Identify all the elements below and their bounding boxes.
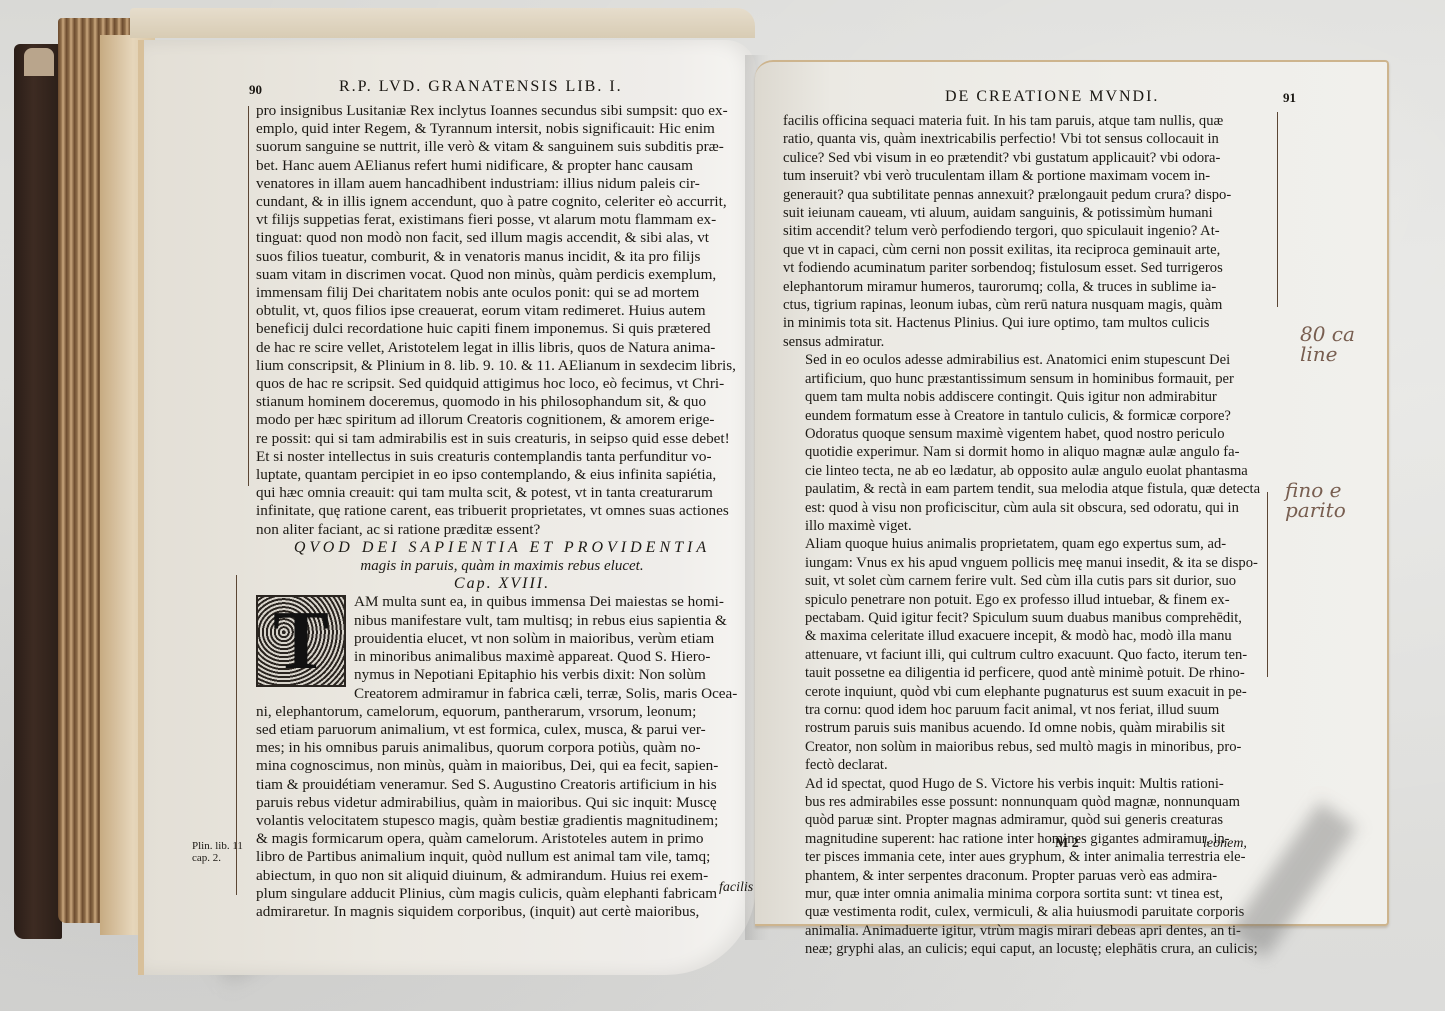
text-line: paulatim, & rectà in eam partem tendit, …	[783, 480, 1268, 498]
text-line: ctus, tigrium rapinas, leonum iubas, cùm…	[783, 296, 1268, 314]
text-line: in minimis tota sit. Hactenus Plinius. Q…	[783, 314, 1268, 332]
text-line: plum singulare adducit Plinius, cùm magi…	[256, 885, 748, 903]
text-line: artificium, quo hunc præstantissimum sen…	[783, 370, 1268, 388]
text-line: ratio, quanta vis, quàm inextricabilis p…	[783, 130, 1268, 148]
text-line: animalia. Animaduerte igitur, vtrùm magi…	[783, 922, 1268, 940]
left-page: 90 R.P. LVD. GRANATENSIS LIB. I. pro ins…	[138, 40, 756, 975]
signature-mark: M 2	[1055, 836, 1079, 852]
text-line: Sed in eo oculos adesse admirabilius est…	[783, 351, 1268, 369]
text-line: prouidentia elucet, vt non solùm in maio…	[354, 630, 748, 648]
margin-note: Plin. lib. 11 cap. 2.	[192, 840, 243, 864]
text-line: luptate, quantam percipiet in eo ipso co…	[256, 466, 748, 484]
text-line: cundant, & in illis ignem accendunt, quo…	[256, 193, 748, 211]
text-line: mur, quæ inter omnia animalia minima cor…	[783, 885, 1268, 903]
text-line: Creator, non solùm in maioribus rebus, s…	[783, 738, 1268, 756]
text-line: tinguat: quod non modò non facit, sed il…	[256, 229, 748, 247]
chapter-title: QVOD DEI SAPIENTIA ET PROVIDENTIA	[256, 539, 748, 557]
text-line: suorum sanguine se nuttrit, ille verò & …	[256, 138, 748, 156]
book-spine	[14, 44, 62, 939]
text-line: ni, elephantorum, camelorum, equorum, pa…	[256, 703, 748, 721]
text-line: venatores in illam auem hancadhibent ind…	[256, 175, 748, 193]
text-line: iungam: Vnus ex his apud vnguem pollicis…	[783, 554, 1268, 572]
paragraph: facilis officina sequaci materia fuit. I…	[783, 112, 1268, 351]
text-line: suit, vt solet cùm carnem ferire vult. S…	[783, 572, 1268, 590]
text-line: pectabam. Quid igitur fecit? Spiculum su…	[783, 609, 1268, 627]
spine-cap	[24, 48, 54, 76]
text-line: rostrum paruis suis manibus acuendo. Id …	[783, 719, 1268, 737]
text-line: suam vitam in discrimen vocat. Quod non …	[256, 266, 748, 284]
text-line: non aliter faciant, ac si ratione prædit…	[256, 521, 748, 539]
text-line: vt fodiendo acuminatum pariter sorbendoq…	[783, 259, 1268, 277]
text-line: culice? Sed vbi visum in eo prætendit? v…	[783, 149, 1268, 167]
text-line: emplo, quid inter Regem, & Tyrannum inte…	[256, 120, 748, 138]
text-line: eundem formatum esse à Creatore in tantu…	[783, 407, 1268, 425]
paragraph: Sed in eo oculos adesse admirabilius est…	[783, 351, 1268, 535]
text-line: bet. Hanc auem AElianus refert humi nidi…	[256, 157, 748, 175]
text-line: & magis formicarum opera, quàm camelorum…	[256, 830, 748, 848]
text-line: tauit possetne ea diligentia id perficer…	[783, 664, 1268, 682]
text-line: obtulit, vt, quos filios ipse creauerat,…	[256, 302, 748, 320]
text-line: tra cornu: quod idem hoc paruum facit an…	[783, 701, 1268, 719]
text-line: immensam filij Dei charitatem nobis ante…	[256, 284, 748, 302]
text-line: sitim accendit? telum verò perfodiendo t…	[783, 222, 1268, 240]
text-line: est: quod à visu non proficiscitur, cùm …	[783, 499, 1268, 517]
text-line: Aliam quoque huius animalis proprietatem…	[783, 535, 1268, 553]
page-edges-top	[130, 8, 755, 38]
page-number: 90	[249, 82, 262, 98]
text-line: libro de Partibus animalium inquit, quòd…	[256, 848, 748, 866]
text-line: Ad id spectat, quod Hugo de S. Victore h…	[783, 775, 1268, 793]
text-line: attenuare, vt faciunt illi, qui cultrum …	[783, 646, 1268, 664]
text-line: quem tam multa nobis addiscere contingit…	[783, 388, 1268, 406]
text-line: suit ieiunam caueam, vti aluum, auidam s…	[783, 204, 1268, 222]
text-line: quotidie experimur. Nam si dormit homo i…	[783, 443, 1268, 461]
text-line: Creatorem admiramur in fabrica cæli, ter…	[354, 685, 748, 703]
text-line: nibus manifestare vult, tam multisq; in …	[354, 612, 748, 630]
text-line: quæ vestimenta rodit, culex, vermiculi, …	[783, 903, 1268, 921]
text-line: pro insignibus Lusitaniæ Rex inclytus Io…	[256, 102, 748, 120]
text-line: ter pisces immania cete, inter aues gryp…	[783, 848, 1268, 866]
running-head: R.P. LVD. GRANATENSIS LIB. I.	[339, 78, 623, 96]
text-line: sed etiam paruorum animalium, vt est for…	[256, 721, 748, 739]
text-line: illo maximè viget.	[783, 517, 1268, 535]
text-line: nymus in Nepotiani Epitaphio his verbis …	[354, 666, 748, 684]
text-line: paruis rebus videtur admirabilius, quàm …	[256, 794, 748, 812]
catchword: leonem,	[1203, 836, 1247, 852]
margin-bracket	[1277, 112, 1278, 307]
text-line: tiam & prouidétiam veneramur. Sed S. Aug…	[256, 776, 748, 794]
margin-bracket	[248, 106, 249, 486]
text-line: vt filijs suppetias ferat, existimans fi…	[256, 211, 748, 229]
text-line: facilis officina sequaci materia fuit. I…	[783, 112, 1268, 130]
text-line: modo per hæc spiritum ad illorum Creator…	[256, 411, 748, 429]
page-number: 91	[1283, 90, 1296, 106]
text-line: que vt in capaci, cùm cerni non possit e…	[783, 241, 1268, 259]
text-line: AM multa sunt ea, in quibus immensa Dei …	[354, 593, 748, 611]
text-line: cerote inquiunt, quòd vbi cum elephante …	[783, 683, 1268, 701]
text-line: generauit? qua subtilitate pennas annexu…	[783, 186, 1268, 204]
text-line: qui hæc omnia creauit: qui tam multa sci…	[256, 484, 748, 502]
text-line: infinitate, quę ratione carent, eas trib…	[256, 502, 748, 520]
text-line: magnitudine superent: hac ratione inter …	[783, 830, 1268, 848]
chapter-subtitle: magis in paruis, quàm in maximis rebus e…	[256, 557, 748, 575]
text-line: stianum hominem doceremus, quomodo in hi…	[256, 393, 748, 411]
text-line: in minoribus animalibus maximè appareat.…	[354, 648, 748, 666]
text-line: suos filios tueatur, comburit, & in vena…	[256, 248, 748, 266]
running-head: DE CREATIONE MVNDI.	[945, 88, 1159, 106]
text-line: tum inseruit? vbi verò truculentam illam…	[783, 167, 1268, 185]
text-line: admiraretur. In magnis siquidem corporib…	[256, 903, 748, 921]
paragraph: Ad id spectat, quod Hugo de S. Victore h…	[783, 775, 1268, 959]
text-line: quòd paruæ sint. Propter magnas admiramu…	[783, 811, 1268, 829]
text-line: Et si noster intellectus in suis creatur…	[256, 448, 748, 466]
text-line: spiculo penetrare non potuit. Ego ex pro…	[783, 591, 1268, 609]
chapter-number: Cap. XVIII.	[256, 575, 748, 593]
text-line: quos de hac re scripsit. Sed quidquid at…	[256, 375, 748, 393]
text-line: mes; in his omnibus paruis animalibus, q…	[256, 739, 748, 757]
text-line: volantis velocitatem stupesco magis, quà…	[256, 812, 748, 830]
text-line: elephantorum miramur humeros, taurorumq;…	[783, 278, 1268, 296]
handwritten-note: 80 ca line	[1300, 324, 1370, 364]
text-line: & maxima celeritate illud exacuere incep…	[783, 627, 1268, 645]
text-line: neæ; gryphi alas, an culicis; equi caput…	[783, 940, 1268, 958]
text-line: beneficij dulci recordatione huic capiti…	[256, 320, 748, 338]
paragraph: pro insignibus Lusitaniæ Rex inclytus Io…	[256, 102, 748, 539]
text-line: lium conscripsit, & Plinium in 8. lib. 9…	[256, 357, 748, 375]
text-line: bus res admirabiles esse possunt: nonnun…	[783, 793, 1268, 811]
paragraph: Aliam quoque huius animalis proprietatem…	[783, 535, 1268, 774]
text-line: fectò declarat.	[783, 756, 1268, 774]
text-line: sensus admiratur.	[783, 333, 1268, 351]
text-line: abiectum, in quo non sit aliquid diuinum…	[256, 867, 748, 885]
text-line: de hac re scire vellet, Aristotelem lega…	[256, 339, 748, 357]
text-line: phantem, & inter serpentes draconum. Pro…	[783, 867, 1268, 885]
text-line: Odoratus quoque sensum maximè vigentem h…	[783, 425, 1268, 443]
right-page: DE CREATIONE MVNDI. 91 facilis officina …	[755, 60, 1389, 926]
text-line: re possit: qui si tam admirabilis est in…	[256, 430, 748, 448]
left-page-text: pro insignibus Lusitaniæ Rex inclytus Io…	[256, 102, 748, 921]
drop-cap-initial: T	[256, 595, 346, 687]
right-page-text: facilis officina sequaci materia fuit. I…	[783, 112, 1268, 959]
text-line: mina cognoscimus, non minùs, quàm in mai…	[256, 757, 748, 775]
handwritten-note: fino e parito	[1285, 480, 1375, 520]
text-line: cie linteo tecta, ne ab eo lædatur, ab o…	[783, 462, 1268, 480]
